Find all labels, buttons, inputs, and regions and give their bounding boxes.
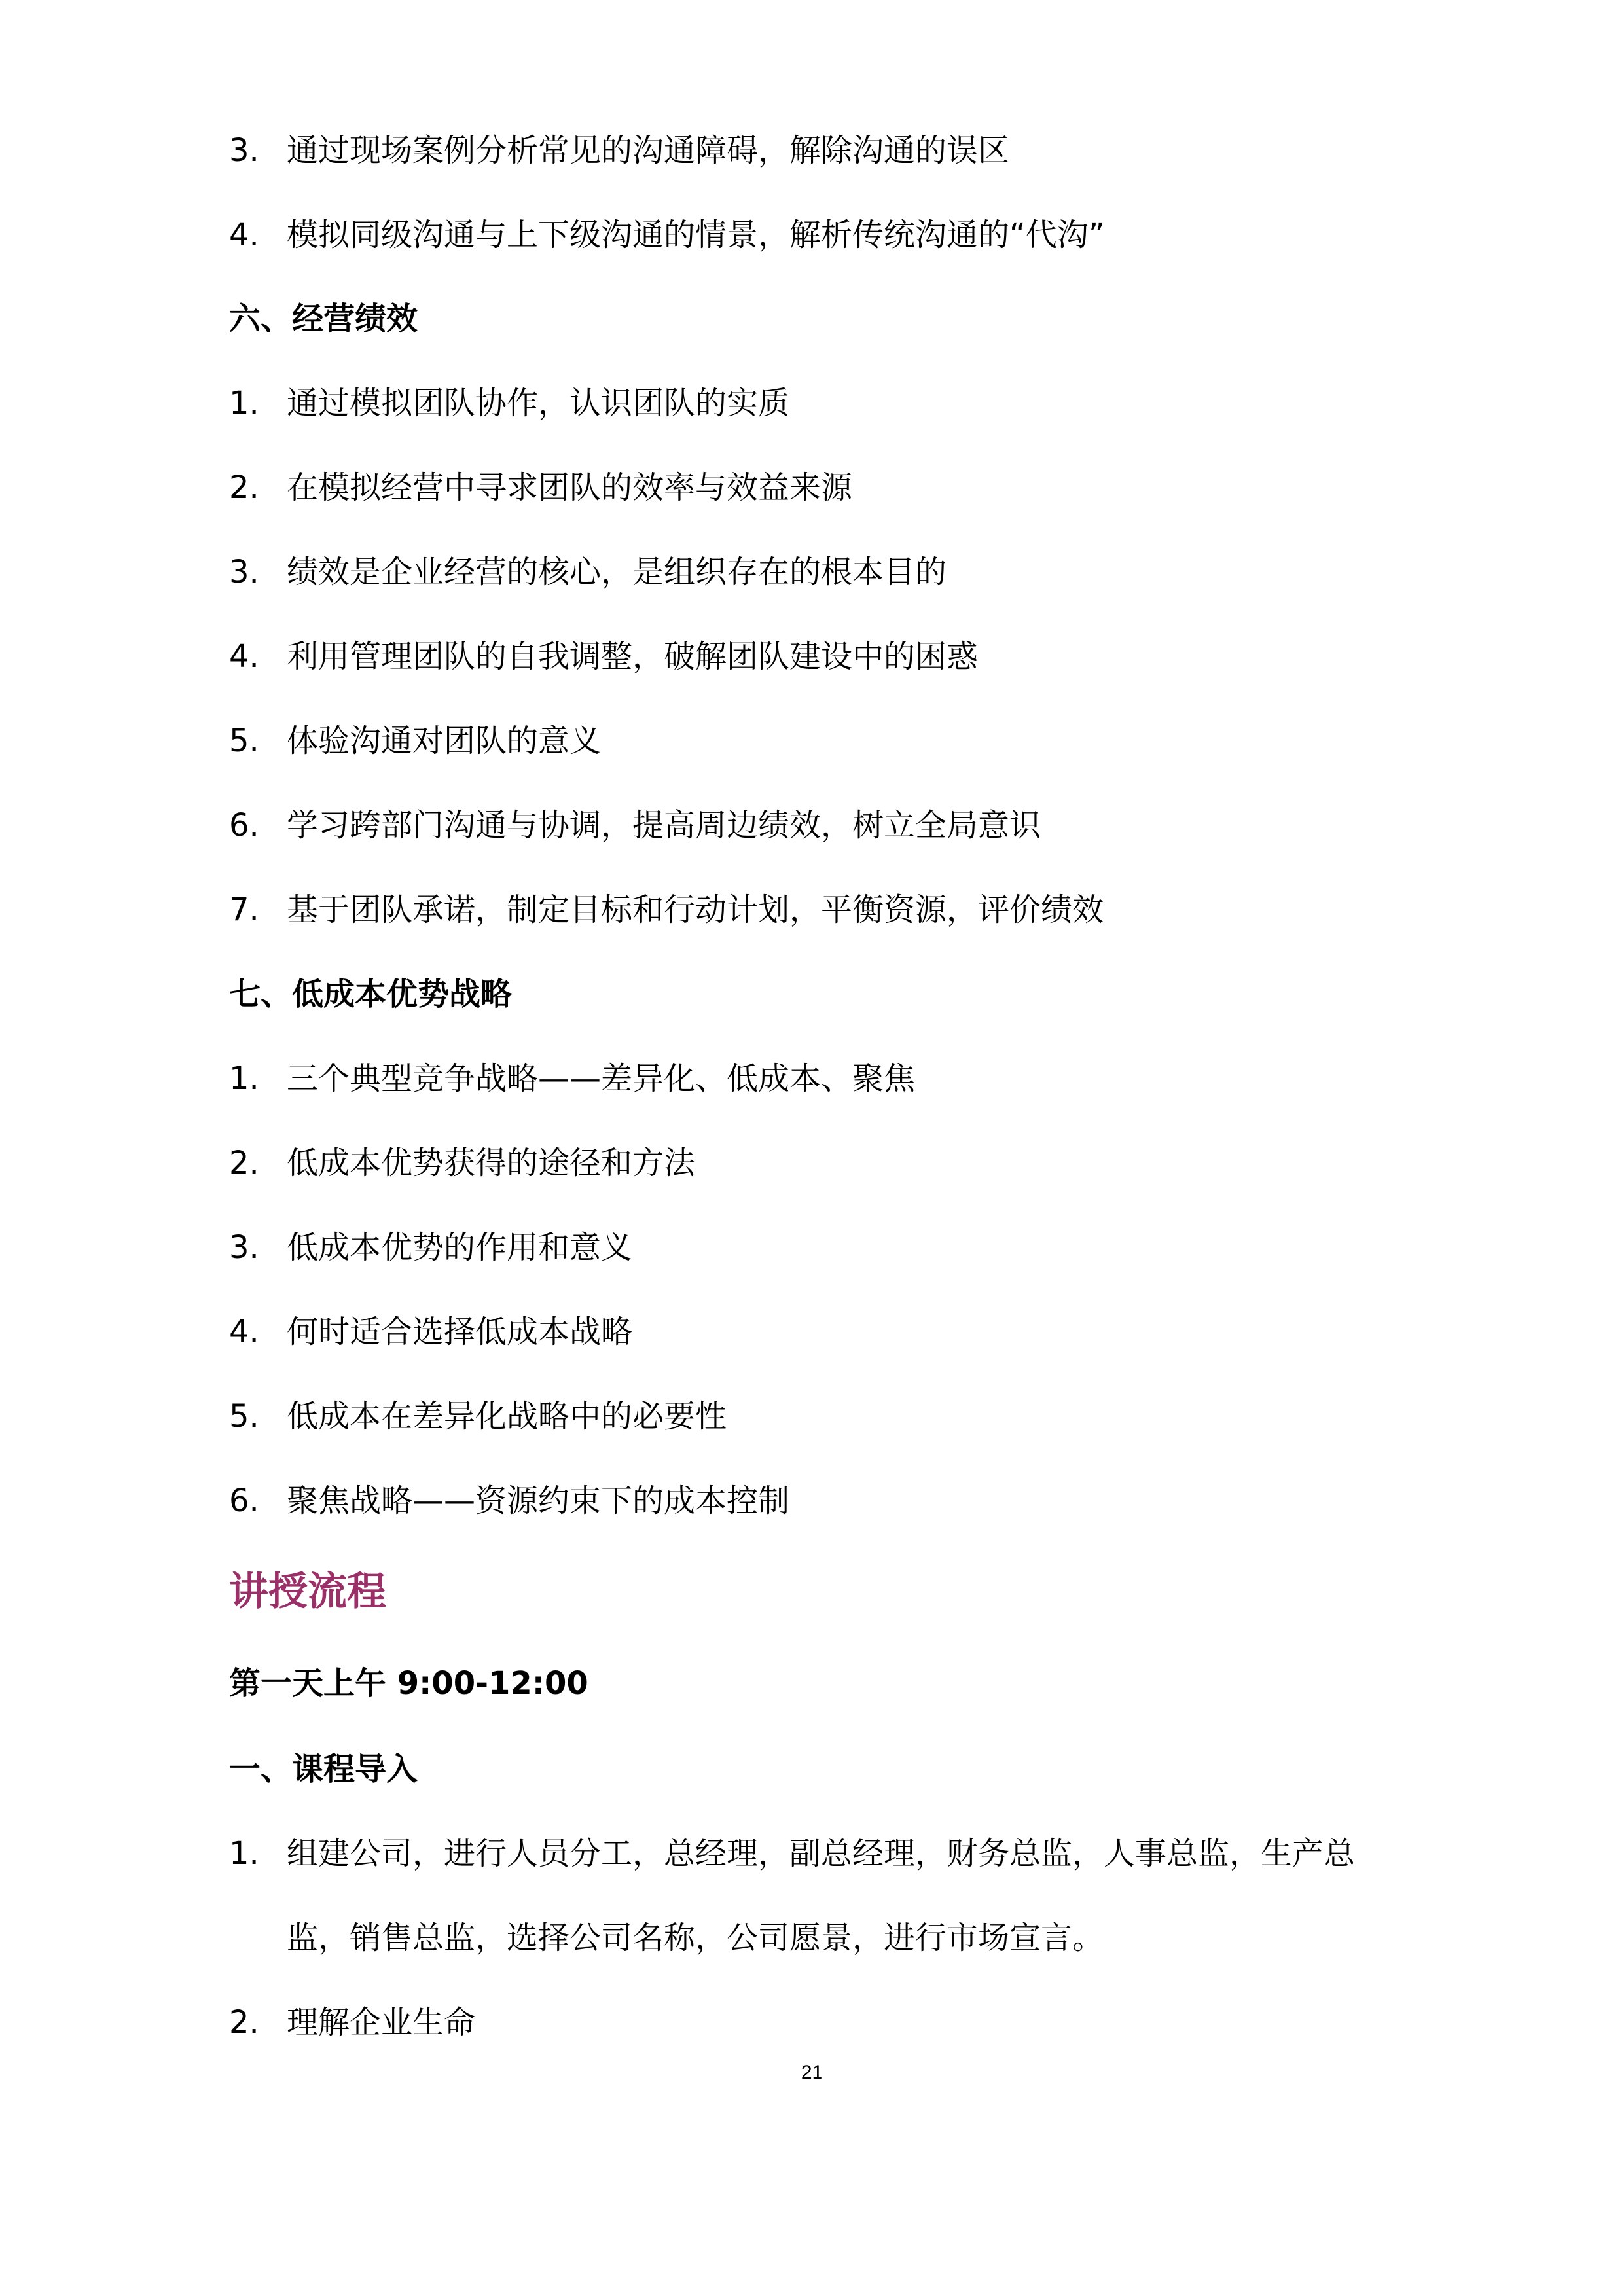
section-heading: 七、低成本优势战略 <box>229 968 512 1020</box>
list-number: 2. <box>229 1137 281 1189</box>
teaching-flow-heading: 讲授流程 <box>229 1566 386 1618</box>
list-number: 1. <box>229 1827 281 1880</box>
page-number: 21 <box>0 2062 1624 2084</box>
list-number: 2. <box>229 461 281 514</box>
list-text: 三个典型竞争战略——差异化、低成本、聚焦 <box>287 1052 915 1105</box>
list-text: 聚焦战略——资源约束下的成本控制 <box>287 1475 789 1527</box>
list-number: 1. <box>229 1052 281 1105</box>
list-text: 模拟同级沟通与上下级沟通的情景，解析传统沟通的“代沟” <box>287 209 1105 261</box>
list-text: 通过模拟团队协作，认识团队的实质 <box>287 377 789 429</box>
list-number: 3. <box>229 1221 281 1274</box>
list-text: 理解企业生命 <box>287 1996 475 2049</box>
list-number: 3. <box>229 546 281 598</box>
list-number: 6. <box>229 1475 281 1527</box>
list-text: 体验沟通对团队的意义 <box>287 715 601 767</box>
section-heading: 一、课程导入 <box>229 1743 418 1795</box>
list-number: 5. <box>229 715 281 767</box>
list-number: 5. <box>229 1390 281 1443</box>
document-page: 3. 通过现场案例分析常见的沟通障碍，解除沟通的误区 4. 模拟同级沟通与上下级… <box>0 0 1624 2296</box>
list-text: 低成本优势获得的途径和方法 <box>287 1137 695 1189</box>
list-number: 4. <box>229 630 281 683</box>
list-text: 学习跨部门沟通与协调，提高周边绩效，树立全局意识 <box>287 799 1041 852</box>
list-number: 4. <box>229 209 281 261</box>
list-number: 4. <box>229 1306 281 1358</box>
list-text: 在模拟经营中寻求团队的效率与效益来源 <box>287 461 852 514</box>
section-heading: 六、经营绩效 <box>229 293 418 345</box>
list-text: 组建公司，进行人员分工，总经理，副总经理，财务总监，人事总监，生产总 <box>287 1827 1355 1880</box>
list-number: 1. <box>229 377 281 429</box>
list-text: 绩效是企业经营的核心，是组织存在的根本目的 <box>287 546 947 598</box>
schedule-heading: 第一天上午 9:00-12:00 <box>229 1657 588 1710</box>
list-text: 基于团队承诺，制定目标和行动计划，平衡资源，评价绩效 <box>287 884 1104 936</box>
list-item-continuation: 监，销售总监，选择公司名称，公司愿景，进行市场宣言。 <box>287 1912 1104 1964</box>
list-number: 3. <box>229 124 281 177</box>
list-number: 6. <box>229 799 281 852</box>
list-text: 利用管理团队的自我调整，破解团队建设中的困惑 <box>287 630 978 683</box>
list-text: 低成本在差异化战略中的必要性 <box>287 1390 727 1443</box>
list-text: 通过现场案例分析常见的沟通障碍，解除沟通的误区 <box>287 124 1009 177</box>
list-text: 何时适合选择低成本战略 <box>287 1306 632 1358</box>
list-number: 2. <box>229 1996 281 2049</box>
list-text: 低成本优势的作用和意义 <box>287 1221 632 1274</box>
list-number: 7. <box>229 884 281 936</box>
